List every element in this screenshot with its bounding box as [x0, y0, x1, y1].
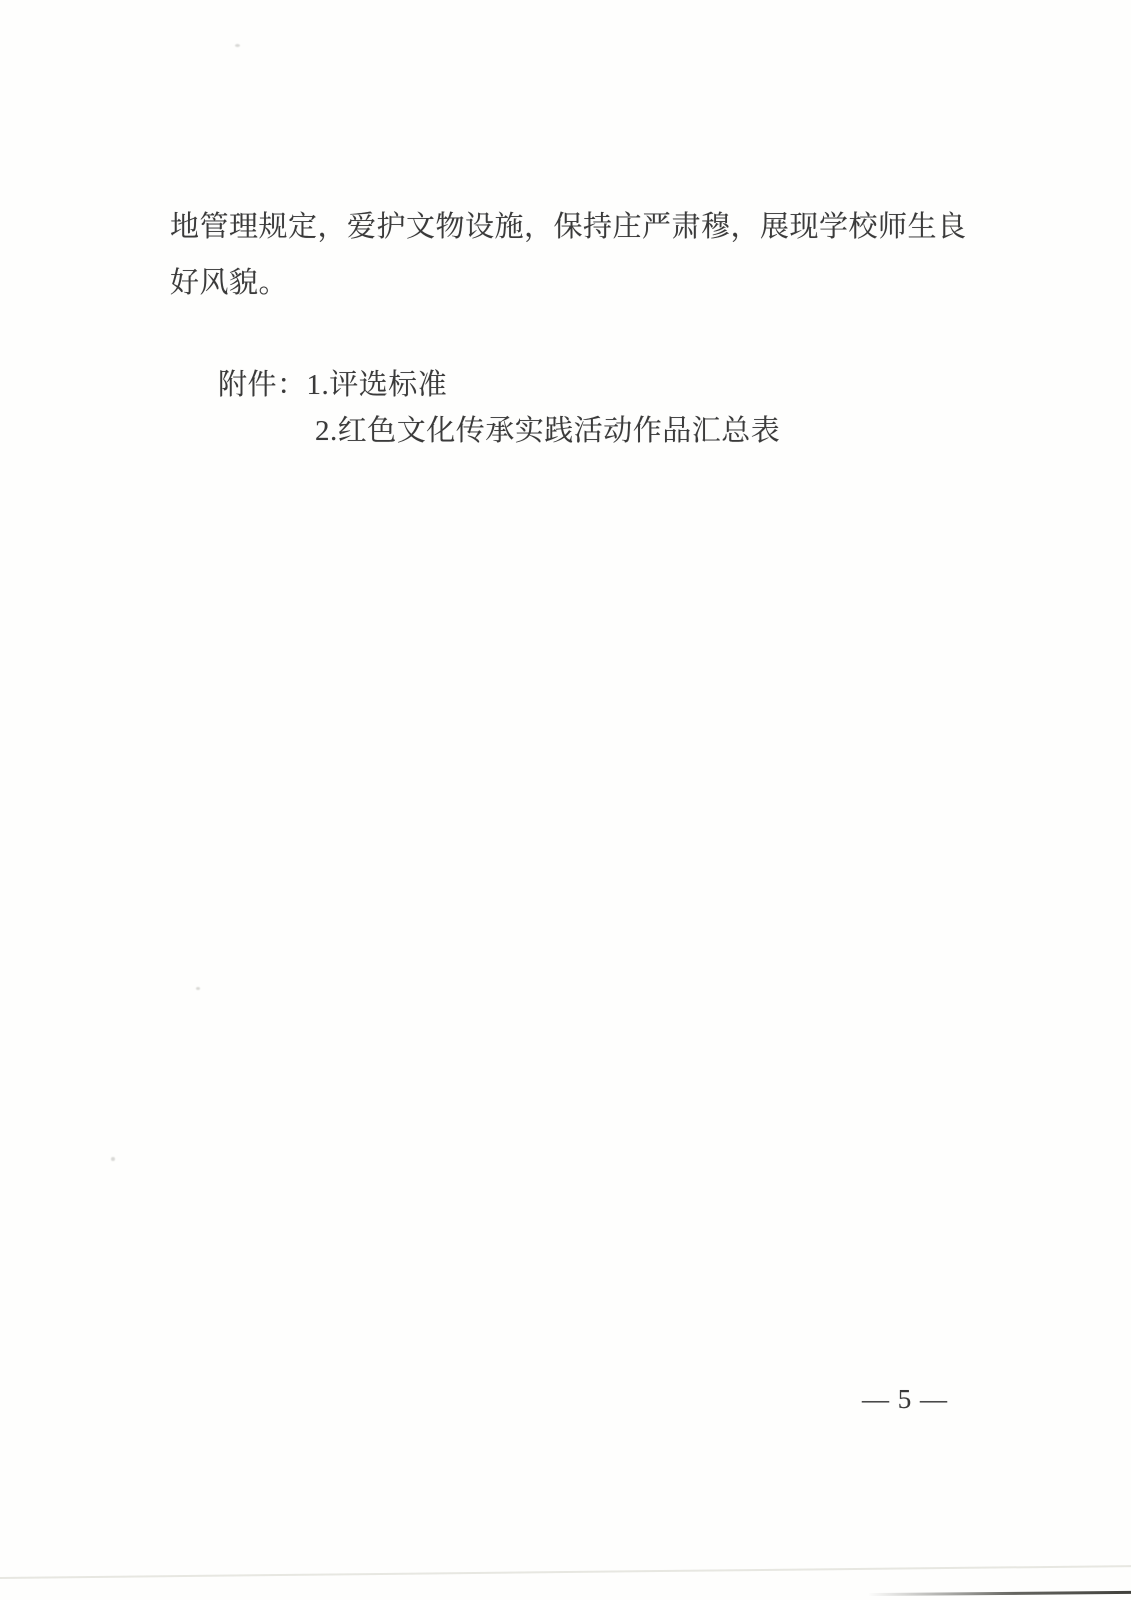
body-paragraph-line-2: 好风貌。	[170, 269, 288, 298]
page-number: — 5 —	[862, 1386, 948, 1413]
document-page: 地管理规定，爱护文物设施，保持庄严肃穆，展现学校师生良 好风貌。 附件：1.评选…	[0, 0, 1131, 1600]
attachment-item-1: 1.评选标准	[307, 369, 448, 401]
attachments-line-1: 附件：1.评选标准	[218, 371, 447, 400]
attachment-item-2: 2.红色文化传承实践活动作品汇总表	[315, 417, 780, 446]
scan-corner-shadow-line	[868, 1591, 1131, 1596]
scan-speck-middle	[196, 987, 200, 990]
scan-speck-lower	[111, 1157, 115, 1161]
scan-speck-top	[235, 44, 240, 47]
attachments-label: 附件：	[218, 369, 307, 401]
scan-page-edge-line	[0, 1565, 1131, 1579]
body-paragraph-line-1: 地管理规定，爱护文物设施，保持庄严肃穆，展现学校师生良	[170, 213, 967, 242]
